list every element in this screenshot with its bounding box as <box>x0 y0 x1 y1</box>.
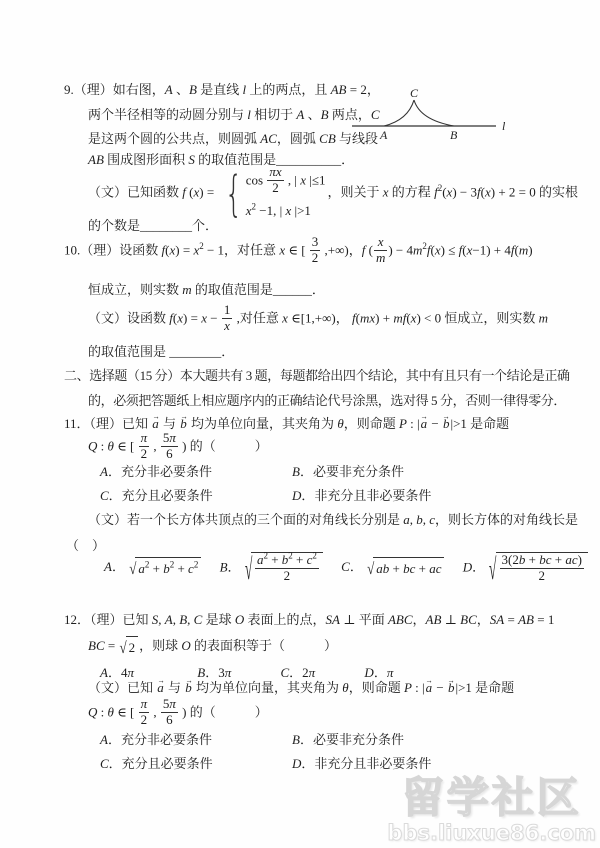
q11-li-option-d: D．非充分且非必要条件 <box>292 486 431 506</box>
figure-label-l: l <box>502 119 506 133</box>
q12-wen-option-b: B．必要非充分条件 <box>292 730 404 750</box>
q11-wen-options-row: A． √a2 + b2 + c2 B． √a2 + b2 + c22 C． √a… <box>104 552 589 585</box>
q11-li-stem2: Q : θ ∈ [ π2 , 5π6 ) 的（ ） <box>88 432 268 463</box>
q10-li-line2: 恒成立，则实数 m 的取值范围是______． <box>88 280 325 300</box>
watermark: 留学社区 bbs.liuxue86.com <box>387 777 596 846</box>
q11-li-option-b: B．必要非充分条件 <box>292 462 404 482</box>
q12-wen-option-c: C．充分且必要条件 <box>100 754 213 774</box>
q12-li-stem1: 12．（理）已知 S, A, B, C 是球 O 表面上的点，SA ⊥ 平面 A… <box>64 610 554 630</box>
q9-li-line2: 两个半径相等的动圆分别与 l 相切于 A 、B 两点，C <box>88 105 380 125</box>
q12-wen-stem1: （文）已知 →a 与 →b 均为单位向量，其夹角为 θ，则命题 P : |→a … <box>88 678 514 698</box>
q9-li-line3: 是这两个圆的公共点，则圆弧 AC，圆弧 CB 与线段 <box>88 129 378 149</box>
section2-header-line2: 的，必须把答题纸上相应题序内的正确结论代号涂黑，选对得 5 分，否则一律得零分． <box>88 391 566 411</box>
figure-label-c: C <box>410 86 419 100</box>
q10-li-line1: 10.（理）设函数 f(x) = x2 − 1，对任意 x ∈ [ 32 ,+∞… <box>64 236 533 267</box>
exam-page: 9.（理）如右图，A 、B 是直线 l 上的两点，且 AB = 2， 两个半径相… <box>0 0 600 848</box>
watermark-url: bbs.liuxue86.com <box>387 821 596 846</box>
q11-wen-option-c: C． √ab + bc + ac <box>341 557 445 579</box>
q11-li-stem1: 11．（理）已知 →a 与 →b 均为单位向量，其夹角为 θ，则命题 P : |… <box>64 414 509 434</box>
q9-figure: C A B l <box>350 86 510 142</box>
q10-wen-line2: 的取值范围是 ________． <box>88 342 234 362</box>
figure-arc-right <box>414 100 454 126</box>
watermark-title: 留学社区 <box>387 777 596 819</box>
q11-wen-option-d: D． √3(2b + bc + ac)2 <box>463 552 589 585</box>
q9-li-line1: 9.（理）如右图，A 、B 是直线 l 上的两点，且 AB = 2， <box>64 80 380 100</box>
q9-wen-line1: （文）已知函数 f (x) = {cos πx2 , | x |≤1x2 −1,… <box>88 166 578 221</box>
q11-li-option-a: A．充分非必要条件 <box>100 462 212 482</box>
q12-wen-option-a: A．充分非必要条件 <box>100 730 212 750</box>
q9-wen-line2: 的个数是________个． <box>88 216 218 236</box>
figure-arc-left <box>384 100 414 126</box>
q11-wen-option-b: B． √a2 + b2 + c22 <box>220 552 324 585</box>
figure-label-a: A <box>379 128 388 142</box>
q11-wen-stem2: （ ） <box>66 536 105 556</box>
q12-li-stem2: BC = √2，则球 O 的表面积等于（ ） <box>88 636 337 658</box>
q12-wen-option-d: D．非充分且非必要条件 <box>292 754 431 774</box>
q11-wen-stem1: （文）若一个长方体共顶点的三个面的对角线长分别是 a, b, c，则长方体的对角… <box>88 510 578 530</box>
q10-wen-line1: （文）设函数 f(x) = x − 1x ,对任意 x ∈[1,+∞)， f(m… <box>88 304 548 335</box>
q12-wen-stem2: Q : θ ∈ [ π2 , 5π6 ) 的（ ） <box>88 698 268 729</box>
q11-li-option-c: C．充分且必要条件 <box>100 486 213 506</box>
figure-label-b: B <box>450 128 458 142</box>
q11-wen-option-a: A． √a2 + b2 + c2 <box>104 557 202 579</box>
section2-header-line1: 二、选择题（15 分）本大题共有 3 题，每题都给出四个结论，其中有且只有一个结… <box>64 366 570 386</box>
